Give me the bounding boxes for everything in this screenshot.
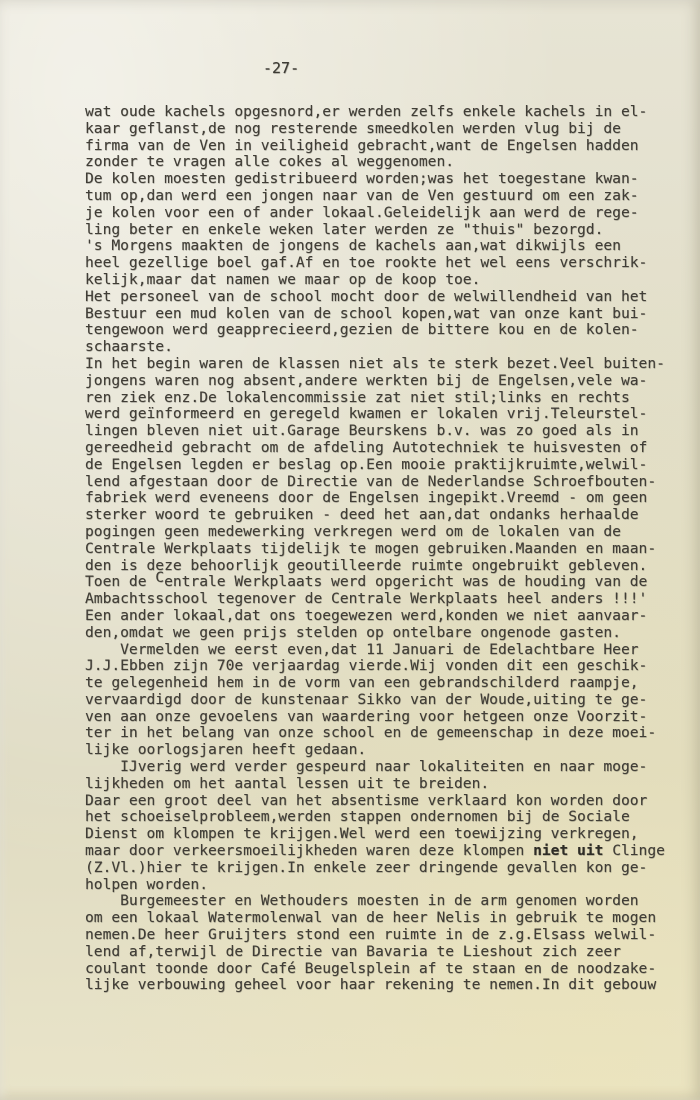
text-line: tum op,dan werd een jongen naar van de V… bbox=[85, 188, 685, 205]
text-line: Dienst om klompen te krijgen.Wel werd ee… bbox=[85, 826, 685, 843]
text-line: lingen bleven niet uit.Garage Beurskens … bbox=[85, 423, 685, 440]
text-line: den is deze behoorlijk geoutilleerde rui… bbox=[85, 558, 685, 575]
text-line: zonder te vragen alle cokes al weggenome… bbox=[85, 154, 685, 171]
text-line: sterker woord te gebruiken - deed het aa… bbox=[85, 507, 685, 524]
text-line: heel gezellige boel gaf.Af en toe rookte… bbox=[85, 255, 685, 272]
text-line: kaar geflanst,de nog resterende smeedkol… bbox=[85, 121, 685, 138]
text-line: lijkheden om het aantal lessen uit te br… bbox=[85, 776, 685, 793]
text-line: De kolen moesten gedistribueerd worden;w… bbox=[85, 171, 685, 188]
text-line: wat oude kachels opgesnord,er werden zel… bbox=[85, 104, 685, 121]
text-line: kelijk,maar dat namen we maar op de koop… bbox=[85, 272, 685, 289]
text-line: maar door verkeersmoeilijkheden waren de… bbox=[85, 843, 685, 860]
text-line: Bestuur een mud kolen van de school kope… bbox=[85, 306, 685, 323]
text-line: coulant toonde door Café Beugelsplein af… bbox=[85, 961, 685, 978]
text-line: Ambachtsschool tegenover de Centrale Wer… bbox=[85, 591, 685, 608]
text-line: lijke verbouwing geheel voor haar rekeni… bbox=[85, 977, 685, 994]
text-line: ter in het belang van onze school en de … bbox=[85, 725, 685, 742]
text-line: Burgemeester en Wethouders moesten in de… bbox=[85, 893, 685, 910]
text-line: jongens waren nog absent,andere werkten … bbox=[85, 373, 685, 390]
text-line: lend afgestaan door de Directie van de N… bbox=[85, 474, 685, 491]
text-line: Een ander lokaal,dat ons toegewezen werd… bbox=[85, 608, 685, 625]
text-line: IJverig werd verder gespeurd naar lokali… bbox=[85, 759, 685, 776]
text-line: het schoeiselprobleem,werden stappen ond… bbox=[85, 809, 685, 826]
text-line: om een lokaal Watermolenwal van de heer … bbox=[85, 910, 685, 927]
document-page: -27- wat oude kachels opgesnord,er werde… bbox=[0, 0, 700, 1100]
text-line: vervaardigd door de kunstenaar Sikko van… bbox=[85, 692, 685, 709]
text-line: 's Morgens maakten de jongens de kachels… bbox=[85, 238, 685, 255]
text-line: nemen.De heer Gruijters stond een ruimte… bbox=[85, 927, 685, 944]
text-line: In het begin waren de klassen niet als t… bbox=[85, 356, 685, 373]
text-line: firma van de Ven in veiligheid gebracht,… bbox=[85, 138, 685, 155]
typewritten-text: wat oude kachels opgesnord,er werden zel… bbox=[85, 104, 685, 994]
text-line: (Z.Vl.)hier te krijgen.In enkele zeer dr… bbox=[85, 860, 685, 877]
text-line: Het personeel van de school mocht door d… bbox=[85, 289, 685, 306]
page-number: -27- bbox=[263, 60, 299, 77]
text-line: holpen worden. bbox=[85, 877, 685, 894]
text-line: ren ziek enz.De lokalencommissie zat nie… bbox=[85, 390, 685, 407]
text-line: Daar een groot deel van het absentisme v… bbox=[85, 793, 685, 810]
text-line: ling beter en enkele weken later werden … bbox=[85, 222, 685, 239]
text-line: schaarste. bbox=[85, 339, 685, 356]
text-line: lijke oorlogsjaren heeft gedaan. bbox=[85, 742, 685, 759]
text-line: je kolen voor een of ander lokaal.Geleid… bbox=[85, 205, 685, 222]
text-line: den,omdat we geen prijs stelden op ontel… bbox=[85, 625, 685, 642]
text-line: te gelegenheid hem in de vorm van een ge… bbox=[85, 675, 685, 692]
text-line: Toen de Centrale Werkplaats werd opgeric… bbox=[85, 574, 685, 591]
text-line: J.J.Ebben zijn 70e verjaardag vierde.Wij… bbox=[85, 658, 685, 675]
text-line: gereedheid gebracht om de afdeling Autot… bbox=[85, 440, 685, 457]
text-line: Vermelden we eerst even,dat 11 Januari d… bbox=[85, 642, 685, 659]
text-line: werd geïnformeerd en geregeld kwamen er … bbox=[85, 406, 685, 423]
text-line: tengewoon werd geapprecieerd,gezien de b… bbox=[85, 322, 685, 339]
text-line: pogingen geen medewerking verkregen werd… bbox=[85, 524, 685, 541]
text-line: ven aan onze gevoelens van waardering vo… bbox=[85, 709, 685, 726]
text-line: fabriek werd eveneens door de Engelsen i… bbox=[85, 490, 685, 507]
text-line: Centrale Werkplaats tijdelijk te mogen g… bbox=[85, 541, 685, 558]
text-line: de Engelsen legden er beslag op.Een mooi… bbox=[85, 457, 685, 474]
text-line: lend af,terwijl de Directie van Bavaria … bbox=[85, 944, 685, 961]
